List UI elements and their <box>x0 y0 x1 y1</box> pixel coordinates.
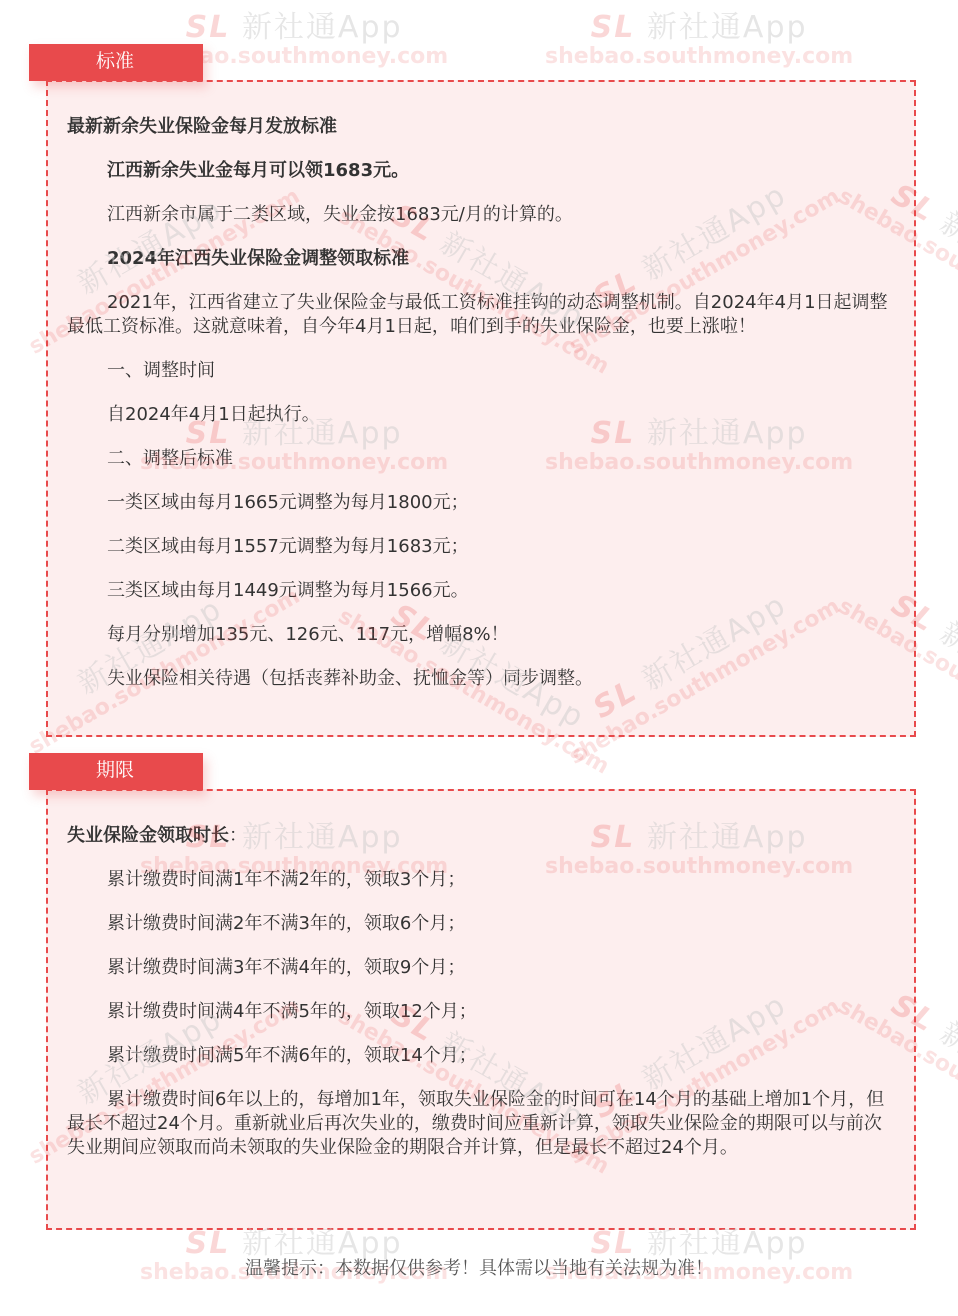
highlight-xinyu-amount: 江西新余失业金每月可以领1683元。 <box>67 159 897 183</box>
heading-2024-adjustment: 2024年江西失业保险金调整领取标准 <box>67 247 897 271</box>
list-item-region-3: 三类区域由每月1449元调整为每月1566元。 <box>67 579 897 603</box>
heading-duration-colon: ： <box>229 825 247 846</box>
list-item-duration-2: 累计缴费时间满2年不满3年的，领取6个月； <box>67 912 897 936</box>
watermark: SL 新社通App shebao.southmoney.com <box>545 2 853 69</box>
paragraph-increase-summary: 每月分别增加135元、126元、117元，增幅8%！ <box>67 623 897 647</box>
paragraph-duration-over-6-years: 累计缴费时间6年以上的，每增加1年，领取失业保险金的时间可在14个月的基础上增加… <box>67 1088 897 1160</box>
paragraph-region-class: 江西新余市属于二类区域，失业金按1683元/月的计算的。 <box>67 203 897 227</box>
list-item-duration-1: 累计缴费时间满1年不满2年的，领取3个月； <box>67 868 897 892</box>
watermark-logo-icon: SL <box>186 10 231 45</box>
subheading-adjusted-standard: 二、调整后标准 <box>67 447 897 471</box>
watermark-logo-icon: SL <box>591 10 636 45</box>
section-tab-duration: 期限 <box>29 753 203 790</box>
list-item-duration-4: 累计缴费时间满4年不满5年的，领取12个月； <box>67 1000 897 1024</box>
section-tab-standard: 标准 <box>29 44 203 81</box>
subheading-adjust-time: 一、调整时间 <box>67 359 897 383</box>
list-item-duration-5: 累计缴费时间满5年不满6年的，领取14个月； <box>67 1044 897 1068</box>
paragraph-related-benefits: 失业保险相关待遇（包括丧葬补助金、抚恤金等）同步调整。 <box>67 667 897 691</box>
paragraph-effective-date: 自2024年4月1日起执行。 <box>67 403 897 427</box>
heading-duration-text: 失业保险金领取时长 <box>67 825 229 846</box>
footer-notice: 温馨提示：本数据仅供参考！具体需以当地有关法规为准！ <box>0 1254 958 1280</box>
heading-monthly-standard: 最新新余失业保险金每月发放标准 <box>67 115 897 139</box>
list-item-region-2: 二类区域由每月1557元调整为每月1683元； <box>67 535 897 559</box>
list-item-duration-3: 累计缴费时间满3年不满4年的，领取9个月； <box>67 956 897 980</box>
list-item-region-1: 一类区域由每月1665元调整为每月1800元； <box>67 491 897 515</box>
paragraph-adjustment-mechanism: 2021年，江西省建立了失业保险金与最低工资标准挂钩的动态调整机制。自2024年… <box>67 291 897 339</box>
heading-duration: 失业保险金领取时长： <box>67 824 897 848</box>
